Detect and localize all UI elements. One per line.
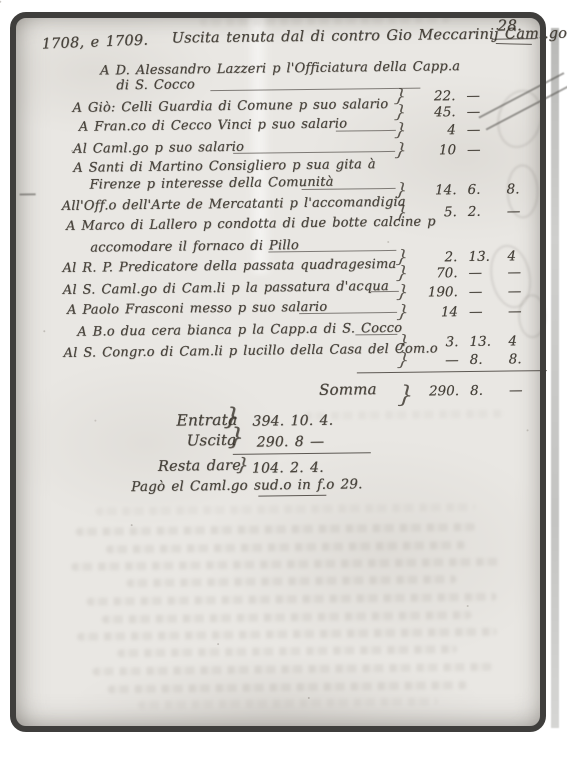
somma-soldi: 8.: [470, 383, 506, 399]
resta-label: Resta dare: [158, 459, 241, 475]
entry-amount-lire: 4: [403, 122, 456, 139]
entry-amount-soldi: 13.: [468, 249, 504, 265]
closing-note-underline: [258, 495, 326, 497]
entry-amount-lire: 45.: [403, 104, 456, 121]
uscita-underline: [233, 452, 371, 455]
entry-amount-lire: 2.: [404, 249, 457, 266]
entry-amount-denari: —: [508, 303, 542, 319]
entry-amount-soldi: —: [467, 104, 503, 120]
bleed-through-smudge: [108, 681, 468, 693]
entry-amount-soldi: 2.: [468, 204, 504, 220]
entry-amount-denari: —: [507, 203, 541, 219]
entry-amount-denari: 8.: [509, 351, 543, 367]
entry-amount-soldi: —: [467, 122, 503, 138]
bleed-through-smudge: [106, 541, 466, 553]
bleed-through-smudge: [304, 410, 504, 420]
entry-amount-soldi: —: [469, 304, 505, 320]
manuscript-content: 1708, e 1709. Uscita tenuta dal di contr…: [0, 0, 567, 760]
bleed-through-smudge: [71, 558, 501, 571]
bleed-through-smudge: [95, 503, 475, 516]
folio-number: 28.: [498, 18, 523, 33]
entry-amount-lire: 22.: [402, 88, 455, 105]
header-years: 1708, e 1709.: [42, 34, 149, 53]
entry-amount-soldi: —: [467, 142, 503, 158]
bleed-through-smudge: [117, 645, 457, 657]
uscita-label: Uscita: [187, 433, 237, 449]
entry-amount-denari: —: [508, 264, 542, 280]
bleed-through-smudge: [77, 628, 497, 641]
entry-amount-soldi: —: [469, 265, 505, 281]
folio-underline: [496, 43, 532, 45]
total-rule: [357, 370, 547, 373]
entry-amount-soldi: 6.: [468, 182, 504, 198]
entry-amount-soldi: 8.: [470, 352, 506, 368]
bleed-through-smudge: [76, 523, 476, 536]
resta-value: 104. 2. 4.: [252, 461, 324, 477]
bleed-through-smudge: [138, 697, 438, 709]
bleed-through-smudge: [92, 663, 492, 676]
entry-amount-lire: 14.: [404, 182, 457, 199]
closing-note: Pagò el Caml.go sud.o in f.o 29.: [131, 477, 363, 495]
entry-amount-soldi: —: [466, 88, 502, 104]
entrata-label: Entrata: [176, 413, 237, 429]
entry-amount-denari: 4: [508, 333, 542, 349]
entry-amount-lire: 10: [403, 142, 456, 159]
entry-amount-lire: 3.: [405, 334, 458, 351]
entry-amount-denari: 4: [507, 248, 541, 264]
somma-amount-row: } 290. 8. —: [4, 382, 567, 405]
entry-amount-soldi: 13.: [469, 334, 505, 350]
manuscript-scan: 1708, e 1709. Uscita tenuta dal di contr…: [0, 0, 567, 760]
uscita-value: 290. 8 —: [257, 435, 325, 451]
entry-amount-denari: 8.: [507, 181, 541, 197]
entry-amount-lire: 70.: [405, 265, 458, 282]
somma-denari: —: [509, 382, 543, 398]
entry-amount-soldi: —: [469, 284, 505, 300]
entry-amount-lire: —: [406, 352, 459, 369]
bleed-through-smudge: [126, 575, 456, 587]
entry-amount-denari: —: [508, 283, 542, 299]
entry-amount-lire: 14: [405, 304, 458, 321]
bleed-through-smudge: [200, 15, 450, 26]
somma-lire: 290.: [406, 383, 459, 400]
entry-amount-lire: 5.: [404, 204, 457, 221]
bleed-through-smudge: [87, 593, 497, 606]
entry-amount-lire: 190.: [405, 284, 458, 301]
ink-specks: [0, 1, 1, 3]
entrata-value: 394. 10. 4.: [252, 414, 333, 430]
entry-description: A D. Alessandro Lazzeri p l'Officiatura …: [100, 59, 460, 78]
bleed-through-smudge: [102, 611, 472, 624]
